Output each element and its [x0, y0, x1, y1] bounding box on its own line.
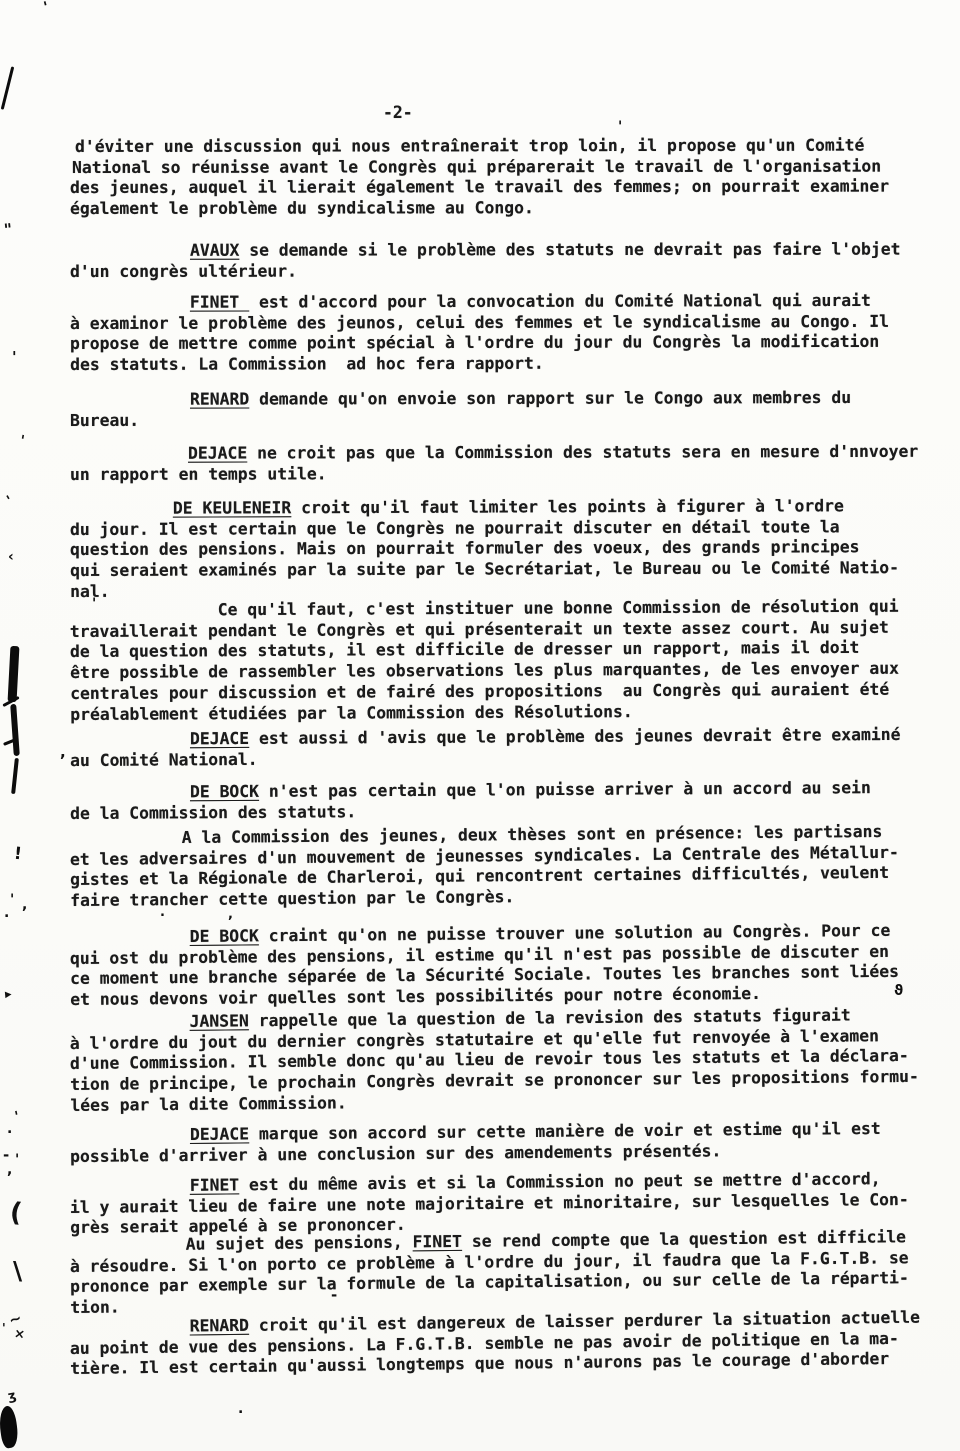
- pen-mark: ': [92, 597, 96, 611]
- pen-mark: !: [13, 846, 23, 864]
- pen-mark: ': [5, 494, 16, 508]
- pen-mark: ϑ: [894, 984, 903, 998]
- text-line: préalablement étudiées par la Commission…: [70, 700, 930, 725]
- text-line: qui seraient examinés par la suite par l…: [70, 558, 930, 582]
- ink-blob: [0, 1405, 20, 1449]
- text-run: des statuts. La Commission ad hoc fera r…: [70, 354, 544, 374]
- text-run: d'un congrès ultérieur.: [70, 261, 297, 280]
- speaker-name: DE BOCK: [190, 926, 259, 946]
- text-run: travaillerait pendant le Congrès et qui …: [70, 617, 889, 640]
- text-run: nal.: [70, 582, 110, 601]
- speaker-name: FINET: [190, 1175, 240, 1194]
- text-run: se rend compte que la question est diffi…: [462, 1227, 906, 1251]
- text-line: également le problème du syndicalisme au…: [70, 198, 930, 220]
- pen-mark: .: [7, 1122, 12, 1136]
- text-run: est aussi d 'avis que le problème des je…: [249, 725, 900, 748]
- pen-mark: ': [12, 350, 17, 365]
- text-run: marque son accord sur cette manière de v…: [249, 1119, 881, 1144]
- text-line: question des pensions. Mais on pourrait …: [70, 537, 930, 561]
- pen-mark: ': [14, 1110, 21, 1125]
- pen-mark: ,: [60, 745, 66, 760]
- text-line: des statuts. La Commission ad hoc fera r…: [70, 353, 930, 376]
- paragraph: DE KEULENEIR croit qu'il faut limiter le…: [70, 496, 930, 603]
- paragraph: FINET est d'accord pour la convocation d…: [70, 291, 930, 376]
- text-line: de la Commission des statuts.: [70, 798, 930, 824]
- text-run: un rapport en temps utile.: [70, 464, 327, 484]
- pen-mark: .: [160, 906, 165, 919]
- speaker-name: DEJACE: [188, 444, 247, 463]
- text-run: à examinor le problème des jeunos, celui…: [70, 312, 889, 333]
- speaker-name: RENARD: [190, 390, 249, 409]
- pen-mark: ': [2, 1322, 6, 1334]
- pen-mark: \: [13, 1258, 22, 1283]
- paragraph: DE BOCK craint qu'on ne puisse trouver u…: [70, 920, 931, 1010]
- text-run: Ce qu'il faut, c'est instituer une bonne…: [218, 597, 899, 620]
- text-run: également le problème du syndicalisme au…: [70, 198, 534, 218]
- text-run: préalablement étudiées par la Commission…: [70, 702, 633, 724]
- pen-mark: ,: [228, 908, 233, 921]
- text-run: question des pensions. Mais on pourrait …: [70, 538, 860, 560]
- pen-mark: ,: [22, 898, 27, 912]
- text-line: d'éviter une discussion qui nous entraîn…: [70, 135, 930, 157]
- pen-mark: ,: [7, 1163, 12, 1177]
- text-run: de la question des statuts, il est diffi…: [70, 638, 860, 661]
- text-run: lées par la dite Commission.: [70, 1093, 346, 1115]
- paragraph: DEJACE ne croit pas que la Commission de…: [70, 442, 930, 486]
- text-run: qui seraient examinés par la suite par l…: [70, 558, 899, 580]
- text-line: DEJACE ne croit pas que la Commission de…: [70, 442, 930, 465]
- pen-mark: -: [3, 1148, 9, 1163]
- pen-mark: ×: [13, 1327, 26, 1341]
- text-line: à examinor le problème des jeunos, celui…: [70, 311, 930, 334]
- text-line: DE KEULENEIR croit qu'il faut limiter le…: [70, 496, 930, 520]
- speaker-name: FINET: [190, 293, 249, 312]
- pen-mark: ': [19, 434, 26, 449]
- paragraph: RENARD demande qu'on envoie son rapport …: [70, 388, 930, 432]
- text-run: ne croit pas que la Commission des statu…: [247, 442, 918, 463]
- pen-mark: ': [15, 1153, 19, 1167]
- text-line: propose de mettre comme point spécial à …: [70, 332, 930, 355]
- pen-stroke: [11, 758, 19, 794]
- speaker-name: JANSEN: [189, 1011, 248, 1031]
- page-number: -2-: [383, 103, 413, 124]
- speaker-name: DE BOCK: [190, 782, 259, 801]
- text-run: tion.: [70, 1298, 120, 1318]
- document-page: -2- d'éviter une discussion qui nous ent…: [0, 0, 960, 1451]
- text-line: du jour. Il est certain que le Congrès n…: [70, 517, 930, 541]
- pen-mark: .: [4, 906, 9, 920]
- pen-mark: .: [238, 1402, 243, 1416]
- pen-mark: ': [42, 0, 50, 15]
- speaker-name: DE KEULENEIR: [173, 498, 291, 517]
- text-run: du jour. Il est certain que le Congrès n…: [70, 517, 840, 539]
- pen-mark: -: [331, 1288, 337, 1303]
- paragraph: d'éviter une discussion qui nous entraîn…: [70, 135, 930, 219]
- text-run: Au sujet des pensions,: [186, 1232, 413, 1253]
- text-line: au Comité National.: [70, 745, 930, 771]
- paragraph: DE BOCK n'est pas certain que l'on puiss…: [70, 778, 930, 825]
- text-run: centrales pour discussion et de fairé de…: [70, 680, 889, 703]
- pen-mark: ": [3, 222, 13, 239]
- text-line: d'un congrès ultérieur.: [70, 260, 930, 282]
- text-run: d'éviter une discussion qui nous entraîn…: [75, 136, 864, 156]
- text-run: demande qu'on envoie son rapport sur le …: [249, 388, 851, 409]
- pen-mark: ‹: [8, 550, 14, 564]
- paragraph: A la Commission des jeunes, deux thèses …: [70, 821, 931, 911]
- text-run: croit qu'il faut limiter les points à fi…: [291, 496, 844, 517]
- speaker-name: AVAUX: [190, 241, 239, 260]
- pen-mark: ʒ: [7, 1389, 17, 1403]
- text-run: National so réunisse avant le Congrès qu…: [72, 156, 881, 176]
- text-line: RENARD demande qu'on envoie son rapport …: [70, 388, 930, 411]
- text-line: National so réunisse avant le Congrès qu…: [70, 156, 930, 178]
- text-line: FINET est d'accord pour la convocation d…: [70, 291, 930, 314]
- text-line: Bureau.: [70, 408, 930, 431]
- pen-mark: ▸: [4, 988, 12, 1002]
- text-run: des jeunes, auquel il lierait également …: [70, 177, 889, 197]
- pen-stroke: [1, 66, 14, 109]
- speaker-name: FINET: [413, 1232, 463, 1252]
- text-run: propose de mettre comme point spécial à …: [70, 332, 879, 353]
- text-line: des jeunes, auquel il lierait également …: [70, 177, 930, 199]
- pen-stroke: [10, 704, 20, 756]
- text-run: au Comité National.: [70, 750, 258, 770]
- speaker-name: DEJACE: [190, 1124, 249, 1144]
- text-line: un rapport en temps utile.: [70, 462, 930, 485]
- text-run: être possible de rassembler les observat…: [70, 659, 899, 682]
- speaker-name: DEJACE: [190, 729, 249, 748]
- paragraph: AVAUX se demande si le problème des stat…: [70, 239, 930, 282]
- text-run: Bureau.: [70, 411, 139, 430]
- pen-mark: (: [9, 1199, 24, 1226]
- paragraph: DEJACE marque son accord sur cette maniè…: [70, 1118, 930, 1167]
- text-line: AVAUX se demande si le problème des stat…: [70, 239, 930, 261]
- text-run: de la Commission des statuts.: [70, 802, 356, 823]
- text-run: se demande si le problème des statuts ne…: [239, 240, 900, 260]
- text-run: faire trancher cette question par le Con…: [70, 887, 514, 910]
- paragraph: DEJACE est aussi d 'avis que le problème…: [70, 725, 930, 772]
- text-run: n'est pas certain que l'on puisse arrive…: [259, 778, 871, 801]
- paragraph: RENARD croit qu'il est dangereux de lais…: [70, 1307, 931, 1380]
- speaker-name: RENARD: [190, 1316, 249, 1336]
- text-run: est d'accord pour la convocation du Comi…: [249, 291, 871, 312]
- paragraph: Au sujet des pensions, FINET se rend com…: [70, 1227, 931, 1319]
- paragraph: JANSEN rappelle que la question de la re…: [70, 1005, 931, 1117]
- paragraph: Ce qu'il faut, c'est instituer une bonne…: [70, 596, 931, 725]
- pen-mark: ': [618, 120, 622, 134]
- pen-mark: ': [10, 893, 14, 907]
- pen-stroke: [8, 646, 20, 702]
